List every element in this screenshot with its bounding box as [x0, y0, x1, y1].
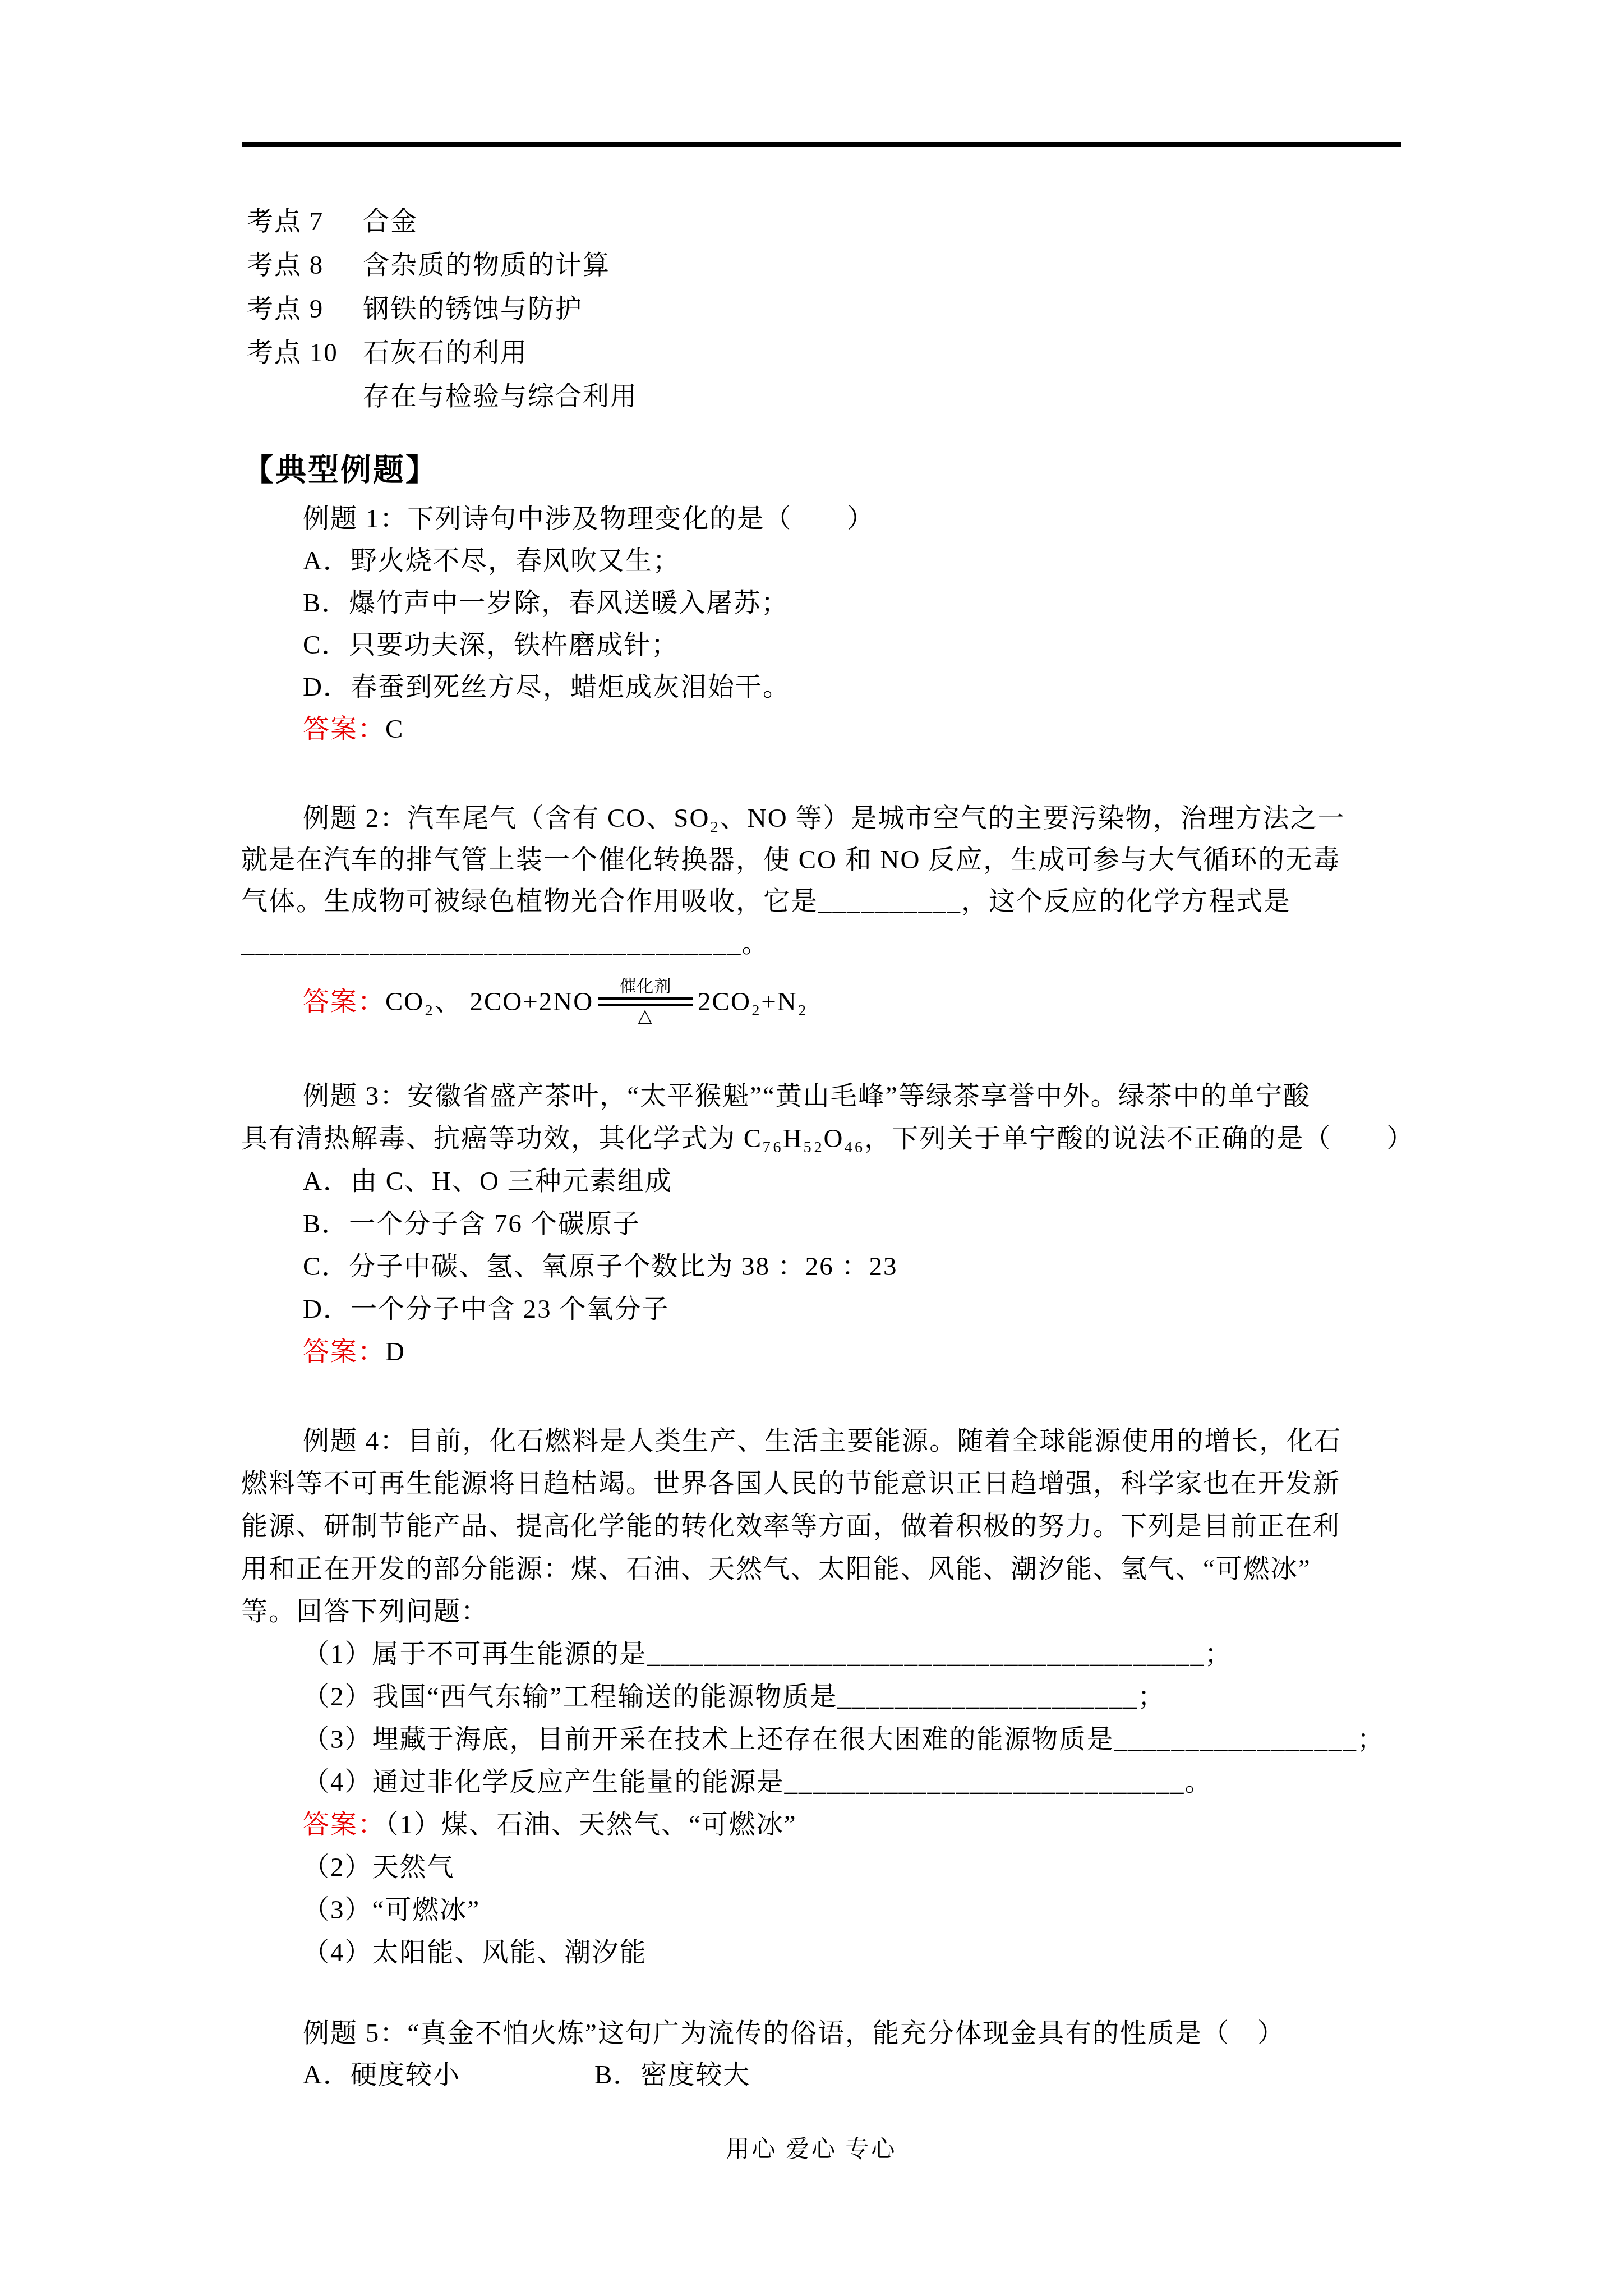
topic-title: 含杂质的物质的计算 [363, 251, 610, 280]
example3-option-b: B．一个分子含 76 个碳原子 [303, 1209, 640, 1239]
equation-right: 2CO₂+N₂ [698, 987, 808, 1017]
example3-answer: 答案：D [303, 1337, 405, 1367]
example4-subquestion-3: （3）埋藏于海底，目前开采在技术上还存在很大困难的能源物质是__________… [303, 1724, 1385, 1755]
example3-option-c: C．分子中碳、氢、氧原子个数比为 38 ：26 ：23 [303, 1251, 898, 1282]
example1-answer: 答案：C [303, 714, 404, 744]
answer-label: 答案： [303, 715, 385, 744]
example5-question: 例题 5：“真金不怕火炼”这句广为流传的俗语，能充分体现金具有的性质是（ ） [303, 2018, 1285, 2049]
document-page: 考点 7合金 考点 8含杂质的物质的计算 考点 9钢铁的锈蚀与防护 考点 10石… [0, 0, 1623, 2296]
example3-line1: 例题 3：安徽省盛产茶叶，“太平猴魁”“黄山毛峰”等绿茶享誉中外。绿茶中的单宁酸 [303, 1081, 1311, 1111]
topic-item: 考点 10石灰石的利用 [247, 338, 528, 368]
example2-answer: 答案： CO₂、 2CO+2NO 催化剂 △ 2CO₂+N₂ [303, 974, 808, 1030]
topic-number: 考点 9 [247, 294, 363, 324]
delta-symbol: △ [638, 1006, 653, 1025]
example1-option-a: A．野火烧不尽，春风吹又生； [303, 546, 680, 576]
topic-item: 考点 9钢铁的锈蚀与防护 [247, 294, 583, 324]
answer-label: 答案： [303, 987, 385, 1017]
example4-subquestion-2: （2）我国“西气东输”工程输送的能源物质是___________________… [303, 1682, 1165, 1712]
example1-option-d: D．春蚕到死丝方尽，蜡炬成灰泪始干。 [303, 672, 790, 702]
reaction-condition: 催化剂 △ [598, 978, 693, 1025]
example2-line3: 气体。生成物可被绿色植物光合作用吸收，它是__________，这个反应的化学方… [241, 886, 1291, 917]
example4-answer-1: 答案：（1）煤、石油、天然气、“可燃冰” [303, 1810, 797, 1840]
answer-value: D [385, 1337, 405, 1366]
answer-value: C [385, 715, 404, 744]
example3-option-d: D．一个分子中含 23 个氧分子 [303, 1294, 669, 1324]
header-rule [242, 142, 1401, 147]
example2-line2: 就是在汽车的排气管上装一个催化转换器，使 CO 和 NO 反应，生成可参与大气循… [241, 845, 1340, 875]
topic-item: 考点 8含杂质的物质的计算 [247, 250, 610, 280]
topic-title: 钢铁的锈蚀与防护 [363, 295, 583, 324]
topic-number: 考点 7 [247, 206, 363, 237]
answer-label: 答案： [303, 1810, 385, 1839]
section-title: 【典型例题】 [243, 452, 438, 487]
topic-number: 考点 8 [247, 250, 363, 280]
topic-item: 考点 7合金 [247, 206, 418, 237]
answer-label: 答案： [303, 1337, 385, 1366]
example4-answer-4: （4）太阳能、风能、潮汐能 [303, 1938, 647, 1968]
example4-line5: 等。回答下列问题： [241, 1596, 488, 1627]
catalyst-label: 催化剂 [620, 978, 672, 995]
example1-option-c: C．只要功夫深，铁杵磨成针； [303, 630, 679, 660]
answer-value: （1）煤、石油、天然气、“可燃冰” [385, 1810, 797, 1839]
example2-line1: 例题 2：汽车尾气（含有 CO、SO₂、NO 等）是城市空气的主要污染物，治理方… [303, 803, 1345, 834]
example1-option-b: B．爆竹声中一岁除，春风送暖入屠苏； [303, 588, 789, 618]
example3-line2: 具有清热解毒、抗癌等功效，其化学式为 C₇₆H₅₂O₄₆，下列关于单宁酸的说法不… [241, 1124, 1414, 1154]
example3-option-a: A．由 C、H、O 三种元素组成 [303, 1166, 672, 1197]
example1-question: 例题 1：下列诗句中涉及物理变化的是（ ） [303, 504, 874, 534]
example2-blank-line: ___________________________________。 [241, 928, 769, 959]
topic-continuation: 存在与检验与综合利用 [363, 381, 638, 412]
topic-title: 石灰石的利用 [363, 338, 528, 367]
example4-subquestion-4: （4）通过非化学反应产生能量的能源是______________________… [303, 1767, 1212, 1797]
topic-title: 合金 [363, 207, 418, 236]
example4-line3: 能源、研制节能产品、提高化学能的转化效率等方面，做着积极的努力。下列是目前正在利 [241, 1511, 1340, 1542]
equation-left: CO₂、 2CO+2NO [385, 987, 593, 1017]
page-footer: 用心 爱心 专心 [0, 2131, 1623, 2164]
example5-option-a: A．硬度较小 [303, 2060, 460, 2090]
example4-line2: 燃料等不可再生能源将日趋枯竭。世界各国人民的节能意识正日趋增强，科学家也在开发新 [241, 1469, 1340, 1499]
example4-subquestion-1: （1）属于不可再生能源的是___________________________… [303, 1639, 1232, 1669]
example5-option-b: B．密度较大 [594, 2060, 750, 2090]
example4-answer-2: （2）天然气 [303, 1852, 455, 1883]
example4-answer-3: （3）“可燃冰” [303, 1895, 480, 1925]
example4-line1: 例题 4：目前，化石燃料是人类生产、生活主要能源。随着全球能源使用的增长，化石 [303, 1426, 1341, 1456]
example4-line4: 用和正在开发的部分能源：煤、石油、天然气、太阳能、风能、潮汐能、氢气、“可燃冰” [241, 1554, 1311, 1584]
topic-number: 考点 10 [247, 338, 363, 368]
